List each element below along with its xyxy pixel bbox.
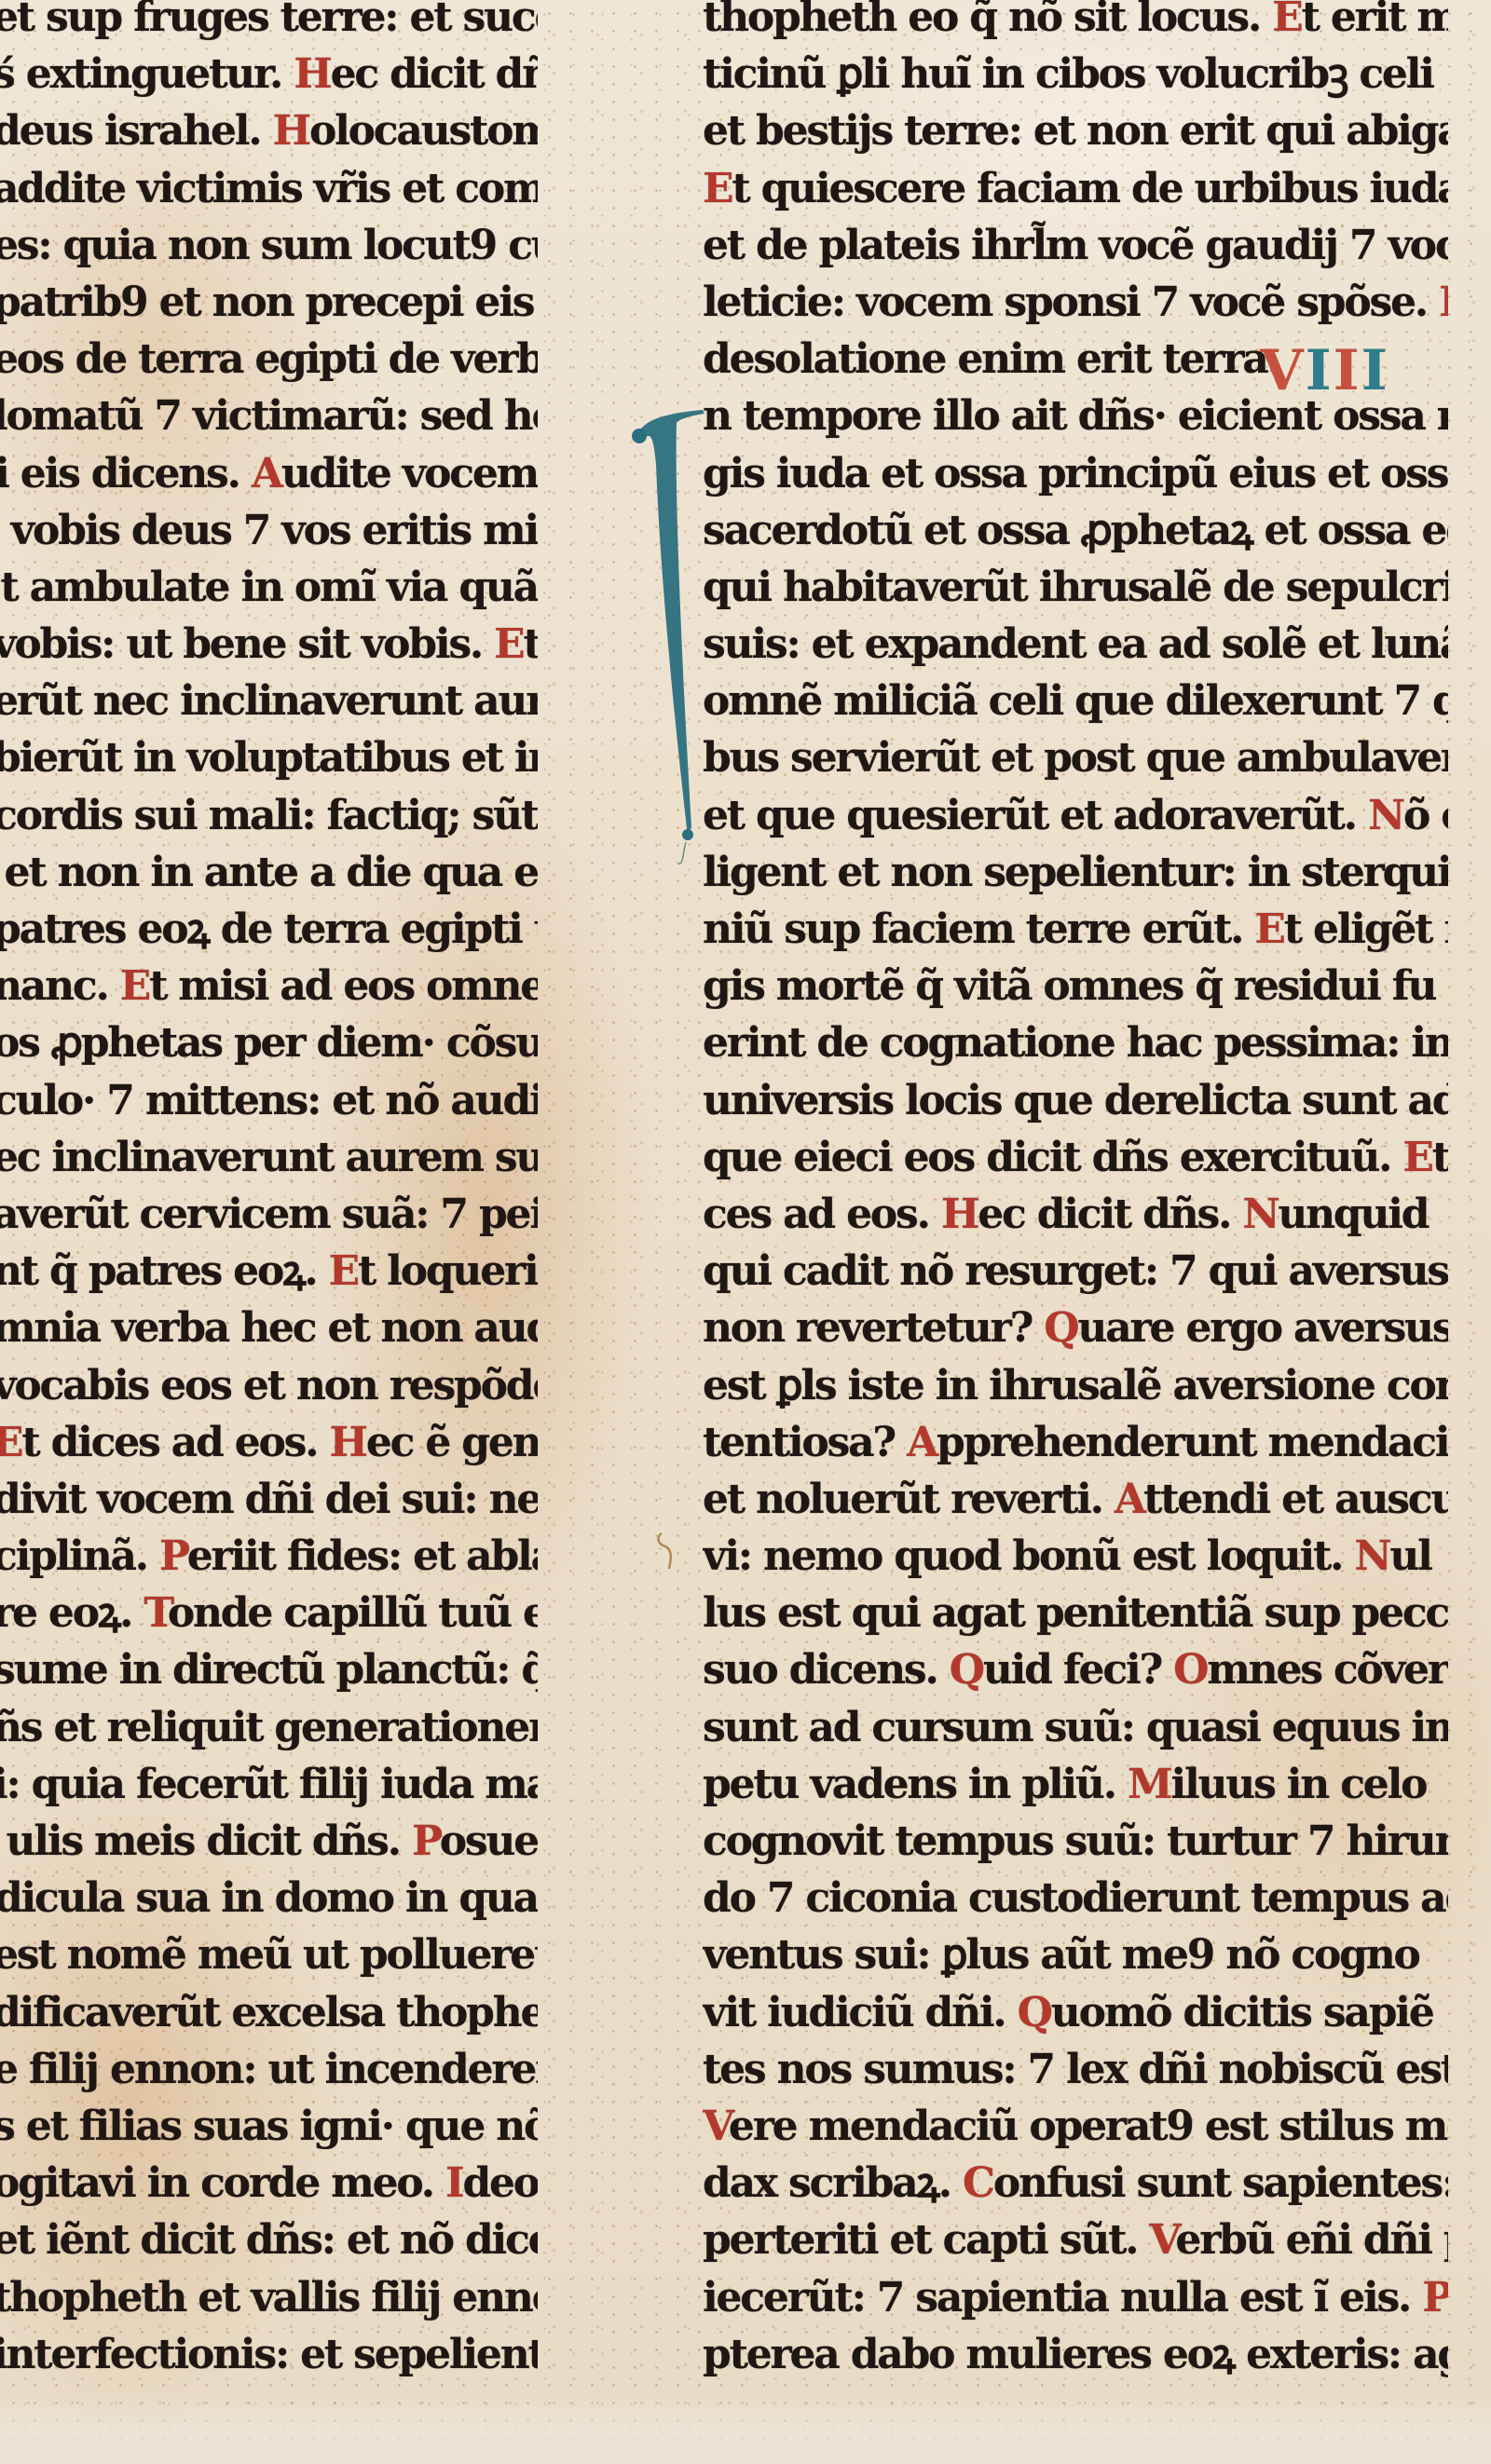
text-line: eos de terra egipti de verbo [0,331,538,388]
text-line: erint de cognatione hac pessima: in [703,1014,1448,1071]
text-line: i eis dicens. Audite vocem [0,445,538,502]
text-line: bus servierũt et post que ambulaverũt: [703,729,1448,786]
chapter-numeral-i: I [1361,338,1389,403]
text-line: qui cadit nõ resurget: 7 qui aversus ẽ [703,1243,1448,1300]
text-line: gis mortẽ q̃ vitã omnes q̃ residui fu [703,958,1448,1014]
rubricated-capital: N [1354,1532,1389,1580]
text-line: pterea dabo mulieres eoꝝ exteris: agros [703,2326,1448,2383]
text-line: vocabis eos et non respõde [0,1357,538,1414]
rubricated-capital: A [252,450,281,497]
text-line: sacerdotũ et ossa ꝓphetaꝝ et ossa eorũ [703,502,1448,559]
text-line: vit iudiciũ dñi. Quomõ dicitis sapiẽ [703,1984,1448,2041]
rubricated-capital: E [329,1247,358,1295]
rubricated-capital: P [159,1532,187,1580]
page-bottom-edge [0,2394,1491,2464]
text-line: dificaverũt excelsa thopheth q̃ [0,1984,538,2041]
rubricated-capital: Q [1044,1304,1077,1352]
text-line: os ꝓphetas per diem· cõsur [0,1014,538,1071]
marginal-flourish-icon [652,1528,680,1584]
text-line: Et dices ad eos. Hec ẽ gens [0,1414,538,1471]
rubricated-capital: H [294,50,330,98]
text-line: es: quia non sum locut9 cũ [0,217,538,274]
rubricated-capital: N [1368,792,1403,839]
text-line: deus israhel. Holocaustomata [0,102,538,159]
text-line: ñs et reliquit generationem [0,1699,538,1756]
rubricated-capital: E [703,165,732,212]
text-line: perteriti et capti sũt. Verbũ eñi dñi pr… [703,2212,1448,2268]
rubricated-capital: E [0,1419,21,1466]
rubricated-capital: N [1242,1191,1278,1238]
rubricated-capital: E [1402,1134,1431,1181]
text-line: et noluerũt reverti. Attendi et ausculta [703,1471,1448,1528]
text-line: universis locis que derelicta sunt ad [703,1072,1448,1129]
text-line: ogitavi in corde meo. Ideo [0,2155,538,2212]
text-line: addite victimis vr̃is et com [0,160,538,217]
text-line: cordis sui mali: factiq; sũt [0,787,538,844]
rubricated-capital: M [1128,1761,1171,1808]
rubricated-capital: A [907,1419,937,1466]
rubricated-capital: I [445,2159,462,2207]
text-line: et non in ante a die qua e [0,844,538,901]
text-line: leticie: vocem sponsi 7 vocẽ spõse. In [703,274,1448,331]
manuscript-page: et sup fruges terre: et succenś extingue… [0,0,1491,2464]
text-line: tes nos sumus: 7 lex dñi nobiscũ est? [703,2041,1448,2098]
text-line: suo dicens. Quid feci? Omnes cõversi [703,1641,1448,1698]
text-line: i: quia fecerũt filij iuda ma [0,1756,538,1813]
text-line: mnia verba hec et non audi [0,1300,538,1356]
text-line: dax scribaꝝ. Confusi sunt sapientes: [703,2155,1448,2212]
text-line: et de plateis ihrl̃m vocẽ gaudij 7 vocẽ [703,217,1448,274]
text-line: s et filias suas igni· que nõ [0,2098,538,2155]
rubricated-capital: E [1272,0,1301,41]
text-line: Vere mendaciũ operat9 est stilus men [703,2098,1448,2155]
illuminated-initial-i-icon [626,399,710,864]
text-line: divit vocem dñi dei sui: nec [0,1471,538,1528]
text-line: bierũt in voluptatibus et in [0,729,538,786]
text-line: niũ sup faciem terre erũt. Et eligẽt ma [703,901,1448,958]
text-line: ciplinã. Periit fides: et abla [0,1528,538,1585]
text-line: interfectionis: et sepelient i [0,2326,538,2383]
text-line: dicula sua in domo in qua [0,1870,538,1926]
text-line: iecerũt: 7 sapientia nulla est ĩ eis. Pr… [703,2269,1448,2326]
text-line: ticinũ ꝑli huĩ in cibos volucribꝫ celi [703,46,1448,102]
text-line: averũt cervicem suã: 7 peius [0,1186,538,1243]
rubricated-capital: Q [1018,1989,1051,2036]
text-line: cognovit tempus suũ: turtur 7 hirun [703,1813,1448,1870]
chapter-number: VIII [1260,343,1389,399]
text-line: ventus sui: ꝑlus aũt me9 nõ cogno [703,1926,1448,1983]
text-line: gis iuda et ossa principũ eius et ossa [703,445,1448,502]
chapter-numeral-i: I [1334,338,1361,403]
rubricated-capital: V [703,2103,729,2150]
text-line: sunt ad cursum suũ: quasi equus im [703,1699,1448,1756]
text-line: est ꝑls iste in ihrusalẽ aversione con [703,1357,1448,1414]
text-line: patrib9 et non precepi eis in die [0,274,538,331]
text-line: vi: nemo quod bonũ est loquit. Nul [703,1528,1448,1585]
rubricated-capital: V [1150,2216,1176,2264]
rubricated-capital: H [330,1419,366,1466]
rubricated-capital: A [1115,1476,1143,1523]
rubricated-capital: E [120,962,149,1010]
text-line: patres eoꝝ de terra egipti usq; [0,901,538,958]
text-line: re eoꝝ. Tonde capillũ tuũ et [0,1585,538,1641]
rubricated-capital: P [412,1817,440,1865]
rubricated-capital: P [1422,2274,1448,2321]
text-line: t ambulate in omĩ via quã [0,559,538,616]
rubricated-capital: Q [950,1646,983,1694]
text-line: lus est qui agat penitentiã sup peccato [703,1585,1448,1641]
text-line: sume in directũ planctũ: q̃a [0,1641,538,1698]
text-line: vobis deus 7 vos eritis mi [0,502,538,559]
rubricated-capital: O [1173,1646,1207,1694]
text-line: erũt nec inclinaverunt aurẽ [0,673,538,729]
text-line: tentiosa? Apprehenderunt mendaciũ: [703,1414,1448,1471]
text-line: qui habitaverũt ihrusalẽ de sepulcris [703,559,1448,616]
text-line: nt q̃ patres eoꝝ. Et loqueris [0,1243,538,1300]
text-line: ś extinguetur. Hec dicit dñs [0,46,538,102]
text-line: est nomẽ meũ ut pollueret [0,1926,538,1983]
text-line: ec inclinaverunt aurem suã [0,1129,538,1186]
text-line: lomatũ 7 victimarũ: sed hoc [0,388,538,444]
rubricated-capital: E [494,620,523,668]
text-line: suis: et expandent ea ad solẽ et lunã 7 [703,616,1448,673]
text-line: thopheth et vallis filij ennon [0,2269,538,2326]
text-line: petu vadens in pliũ. Miluus in celo [703,1756,1448,1813]
text-line: Et quiescere faciam de urbibus iuda [703,160,1448,217]
text-line: et bestijs terre: et non erit qui abigat… [703,102,1448,159]
text-line: et que quesierũt et adoraverũt. Nõ col [703,787,1448,844]
text-line: e filij ennon: ut incenderent [0,2041,538,2098]
text-line: ces ad eos. Hec dicit dñs. Nunquid [703,1186,1448,1243]
rubricated-capital: H [941,1191,978,1238]
text-line: ulis meis dicit dñs. Posue [0,1813,538,1870]
text-line: do 7 ciconia custodierunt tempus ad [703,1870,1448,1926]
chapter-numeral-v: V [1260,338,1306,403]
text-line: culo· 7 mittens: et nõ audie [0,1072,538,1129]
text-line: et iẽnt dicit dñs: et nõ dicet [0,2212,538,2268]
text-line: non revertetur? Quare ergo aversus [703,1300,1448,1356]
text-line: ligent et non sepelientur: in sterquili [703,844,1448,901]
text-line: vobis: ut bene sit vobis. Et [0,616,538,673]
rubricated-capital: T [144,1589,168,1637]
rubricated-capital: I [1439,279,1448,326]
rubricated-capital: H [273,107,309,155]
text-line: thopheth eo q̃ nõ sit locus. Et erit mor [703,0,1448,46]
text-line: omnẽ miliciã celi que dilexerunt 7 qui [703,673,1448,729]
left-text-column: et sup fruges terre: et succenś extingue… [0,0,538,2383]
chapter-numeral-i: I [1306,338,1334,403]
text-line: que eieci eos dicit dñs exercituũ. Et di [703,1129,1448,1186]
text-line: et sup fruges terre: et succen [0,0,538,46]
rubricated-capital: E [1254,905,1283,953]
rubricated-capital: C [963,2159,993,2207]
text-line: nanc. Et misi ad eos omnes [0,958,538,1014]
